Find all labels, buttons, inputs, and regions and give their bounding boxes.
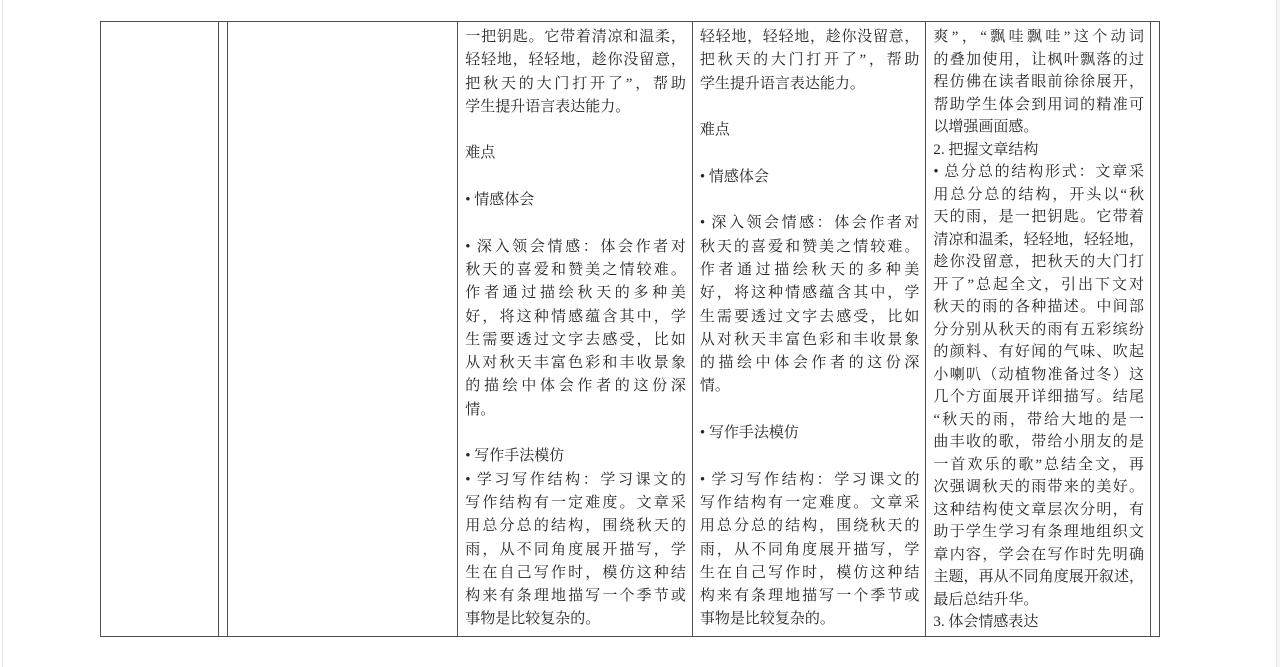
text-line: • 情感体会 [465,189,686,212]
text-line: 清凉和温柔，轻轻地，轻轻地， [933,229,1144,252]
text-line: • 写作手法模仿 [465,445,686,468]
text-line: 雨，从不同角度展开描写，学 [465,539,686,562]
text-line: 难点 [700,119,920,142]
text-line: 把秋天的大门打开了”，帮助 [700,49,920,72]
text-line: 好，将这种情感蕴含其中，学 [465,306,686,329]
spacer-cell-right [1151,22,1159,636]
text-line: 一把钥匙。它带着清凉和温柔， [465,26,686,49]
text-line: 的描绘中体会作者的这份深 [700,352,920,375]
text-line: 帮助学生体会到用词的精准可 [933,94,1144,117]
text-line: 开了”总起全文，引出下文对 [933,274,1144,297]
text-line: 作者通过描绘秋天的多种美 [465,282,686,305]
text-line: 轻轻地，轻轻地，趁你没留意， [700,26,920,49]
text-line: 次强调秋天的雨带来的美好。 [933,476,1144,499]
text-line: • 学习写作结构：学习课文的 [465,469,686,492]
text-line [465,166,686,189]
text-line: 构来有条理地描写一个季节或 [700,585,920,608]
text-line: 情。 [465,399,686,422]
text-line: 分分别从秋天的雨有五彩缤纷 [933,319,1144,342]
text-line: 几个方面展开详细描写。结尾 [933,386,1144,409]
text-line: • 写作手法模仿 [700,422,920,445]
text-line [700,96,920,119]
difficulty-text-version-2: 轻轻地，轻轻地，趁你没留意，把秋天的大门打开了”，帮助学生提升语言表达能力。 难… [693,22,927,636]
text-line: 生需要透过文字去感受，比如 [700,306,920,329]
text-line: 生在自己写作时，模仿这种结 [465,562,686,585]
spacer-cell-left [219,22,228,636]
text-line: 的颜料、有好闻的气味、吹起 [933,341,1144,364]
text-line: 事物是比较复杂的。 [465,608,686,631]
text-line: 写作结构有一定难度。文章采 [700,492,920,515]
text-line: 学生提升语言表达能力。 [465,96,686,119]
text-line [700,399,920,422]
text-line: 轻轻地，轻轻地，趁你没留意， [465,49,686,72]
text-line: 秋天的雨的各种描述。中间部 [933,296,1144,319]
text-line: 2. 把握文章结构 [933,139,1144,162]
text-line: 小喇叭（动植物准备过冬）这 [933,364,1144,387]
text-line: 用总分总的结构，围绕秋天的 [700,515,920,538]
difficulty-text-version-1: 一把钥匙。它带着清凉和温柔，轻轻地，轻轻地，趁你没留意，把秋天的大门打开了”，帮… [458,22,693,636]
text-line: 生在自己写作时，模仿这种结 [700,562,920,585]
text-line [465,422,686,445]
text-line: 学生提升语言表达能力。 [700,73,920,96]
text-line: 难点 [465,142,686,165]
text-line: 趁你没留意，把秋天的大门打 [933,251,1144,274]
text-line: 助于学生学习有条理地组织文 [933,521,1144,544]
text-line: 章内容，学会在写作时先明确 [933,544,1144,567]
text-line: 一首欢乐的歌”总结全文，再 [933,454,1144,477]
text-line: • 情感体会 [700,166,920,189]
text-line [465,212,686,235]
text-line: 作者通过描绘秋天的多种美 [700,259,920,282]
text-line: 把秋天的大门打开了”，帮助 [465,73,686,96]
text-line: 生需要透过文字去感受，比如 [465,329,686,352]
text-line: 程仿佛在读者眼前徐徐展开， [933,71,1144,94]
text-line: 3. 体会情感表达 [933,611,1144,634]
text-line: 秋天的喜爱和赞美之情较难。 [465,259,686,282]
text-line [700,445,920,468]
text-line: 的叠加使用，让枫叶飘落的过 [933,49,1144,72]
text-line: 秋天的喜爱和赞美之情较难。 [700,236,920,259]
page-left-edge [2,0,3,667]
document-viewport: { "page": { "background": "#ffffff", "ta… [0,0,1280,667]
text-line: 最后总结升华。 [933,589,1144,612]
text-line: 曲丰收的歌，带给小朋友的是 [933,431,1144,454]
empty-cell-left [101,22,219,636]
text-line: 从对秋天丰富色彩和丰收景象 [700,329,920,352]
text-line: • 深入领会情感：体会作者对 [700,212,920,235]
text-line: 事物是比较复杂的。 [700,608,920,631]
text-line: 雨，从不同角度展开描写，学 [700,539,920,562]
text-line [700,189,920,212]
text-line: 爽”，“飘哇飘哇”这个动词 [933,26,1144,49]
text-line: • 深入领会情感：体会作者对 [465,236,686,259]
text-line: “秋天的雨，带给大地的是一 [933,409,1144,432]
text-line: 用总分总的结构，围绕秋天的 [465,515,686,538]
text-line: • 学习写作结构：学习课文的 [700,469,920,492]
text-line: 情。 [700,375,920,398]
text-line: 主题，再从不同角度展开叙述， [933,566,1144,589]
text-line: • 总分总的结构形式：文章采 [933,161,1144,184]
text-line: 的描绘中体会作者的这份深 [465,375,686,398]
text-line: 用总分总的结构，开头以“秋 [933,184,1144,207]
text-line: 天的雨，是一把钥匙。它带着 [933,206,1144,229]
text-line: 从对秋天丰富色彩和丰收景象 [465,352,686,375]
text-line: 这种结构使文章层次分明，有 [933,499,1144,522]
structure-analysis-text: 爽”，“飘哇飘哇”这个动词的叠加使用，让枫叶飘落的过程仿佛在读者眼前徐徐展开，帮… [926,22,1151,636]
text-line: 写作结构有一定难度。文章采 [465,492,686,515]
text-line: 以增强画面感。 [933,116,1144,139]
empty-cell-wide [228,22,459,636]
text-line: 构来有条理地描写一个季节或 [465,585,686,608]
text-line [465,119,686,142]
text-line: 好，将这种情感蕴含其中，学 [700,282,920,305]
text-line [700,142,920,165]
lesson-plan-table: 一把钥匙。它带着清凉和温柔，轻轻地，轻轻地，趁你没留意，把秋天的大门打开了”，帮… [100,21,1160,637]
